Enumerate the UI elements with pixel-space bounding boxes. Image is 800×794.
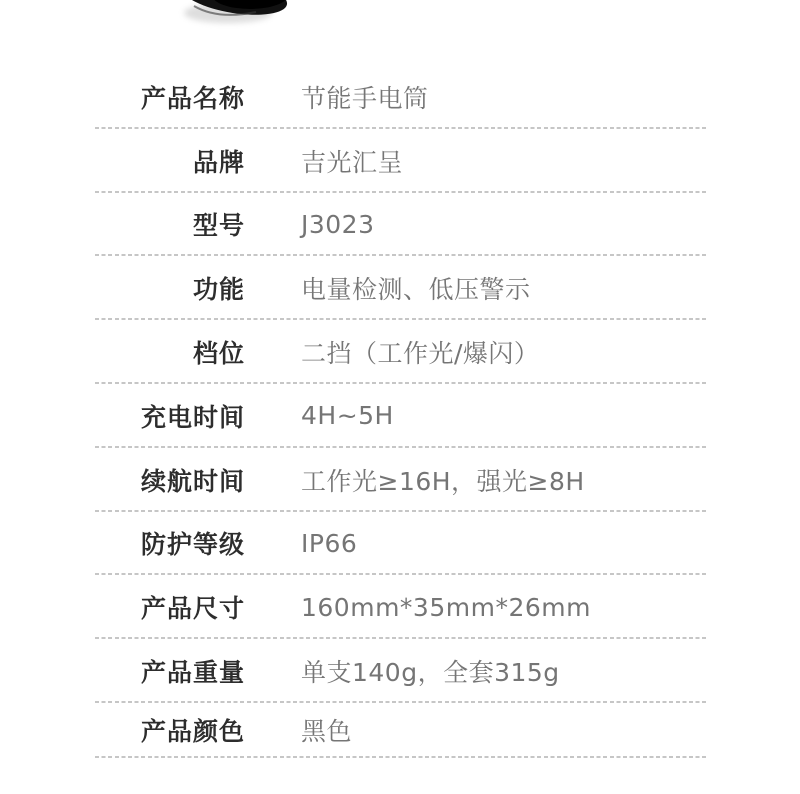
spec-label: 产品重量: [95, 653, 245, 689]
spec-value: 吉光汇呈: [301, 143, 403, 179]
spec-row-protection-rating: 防护等级 IP66: [95, 512, 706, 576]
spec-value: 二挡（工作光/爆闪）: [301, 334, 539, 370]
spec-row-dimensions: 产品尺寸 160mm*35mm*26mm: [95, 575, 706, 639]
spec-value: 节能手电筒: [301, 79, 429, 115]
spec-row-function: 功能 电量检测、低压警示: [95, 256, 706, 320]
spec-row-modes: 档位 二挡（工作光/爆闪）: [95, 320, 706, 384]
spec-label: 品牌: [95, 143, 245, 179]
spec-label: 产品颜色: [95, 712, 245, 748]
spec-value: 电量检测、低压警示: [301, 270, 531, 306]
spec-label: 防护等级: [95, 525, 245, 561]
spec-value: J3023: [301, 210, 375, 239]
spec-label: 充电时间: [95, 398, 245, 434]
flashlight-tail-icon: [178, 0, 290, 32]
product-spec-page: 产品名称 节能手电筒 品牌 吉光汇呈 型号 J3023 功能 电量检测、低压警示…: [0, 0, 800, 794]
spec-row-model: 型号 J3023: [95, 193, 706, 257]
spec-label: 型号: [95, 206, 245, 242]
spec-row-weight: 产品重量 单支140g，全套315g: [95, 639, 706, 703]
spec-row-runtime: 续航时间 工作光≥16H，强光≥8H: [95, 448, 706, 512]
flashlight-image: [178, 0, 290, 32]
spec-row-charge-time: 充电时间 4H~5H: [95, 384, 706, 448]
spec-table: 产品名称 节能手电筒 品牌 吉光汇呈 型号 J3023 功能 电量检测、低压警示…: [95, 65, 706, 758]
spec-label: 功能: [95, 270, 245, 306]
spec-value: 160mm*35mm*26mm: [301, 593, 591, 622]
spec-label: 产品名称: [95, 79, 245, 115]
spec-label: 档位: [95, 334, 245, 370]
spec-value: 工作光≥16H，强光≥8H: [301, 462, 585, 498]
spec-row-brand: 品牌 吉光汇呈: [95, 129, 706, 193]
spec-label: 产品尺寸: [95, 589, 245, 625]
spec-value: 单支140g，全套315g: [301, 653, 560, 689]
spec-value: 黑色: [301, 712, 352, 748]
spec-row-color: 产品颜色 黑色: [95, 703, 706, 758]
spec-value: 4H~5H: [301, 401, 394, 430]
spec-row-product-name: 产品名称 节能手电筒: [95, 65, 706, 129]
spec-label: 续航时间: [95, 462, 245, 498]
spec-value: IP66: [301, 529, 357, 558]
